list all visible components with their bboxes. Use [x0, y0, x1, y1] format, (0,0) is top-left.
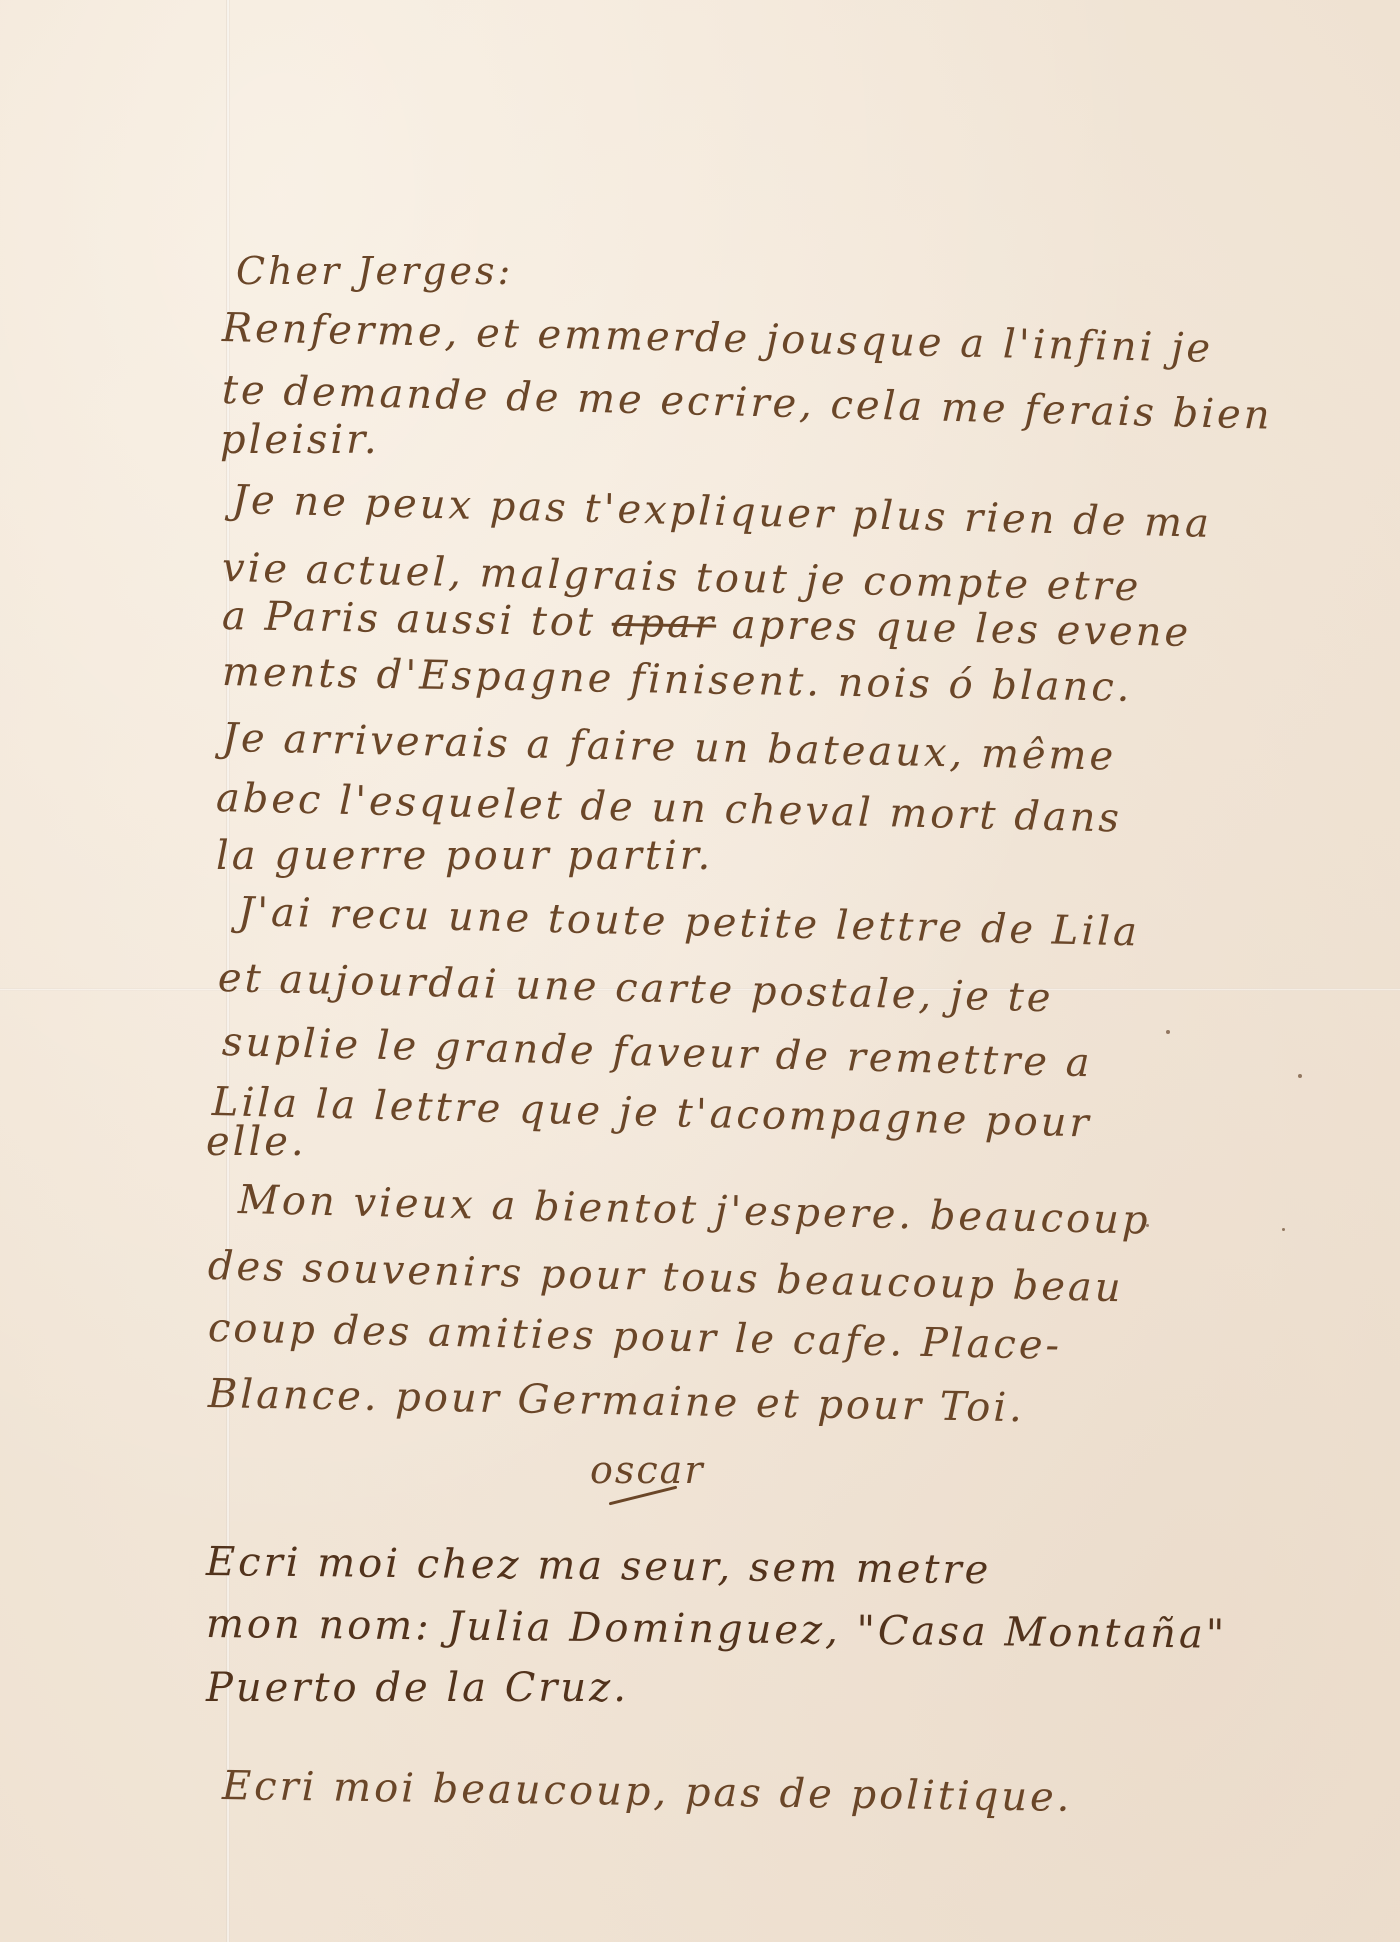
postscript-line: mon nom: Julia Dominguez, "Casa Montaña" [206, 1604, 1228, 1655]
letter-line: pleisir. [220, 420, 380, 460]
letter-greeting: Cher Jerges: [236, 252, 513, 290]
letter-text-segment: a Paris aussi tot [222, 593, 597, 646]
postscript-line: Ecri moi chez ma seur, sem metre [206, 1542, 992, 1590]
letter-text-segment: apres que les evene [731, 602, 1191, 656]
ink-speck [1282, 1228, 1285, 1231]
letter-line: elle. [206, 1122, 307, 1162]
postscript-line: Ecri moi beaucoup, pas de politique. [222, 1766, 1073, 1818]
letter-line: la guerre pour partir. [216, 836, 713, 876]
ink-speck [1298, 1074, 1302, 1078]
struck-out-word: apar [611, 600, 716, 648]
ink-speck [1166, 1030, 1170, 1034]
signature: oscar [590, 1448, 704, 1492]
postscript-line: Puerto de la Cruz. [206, 1668, 629, 1708]
